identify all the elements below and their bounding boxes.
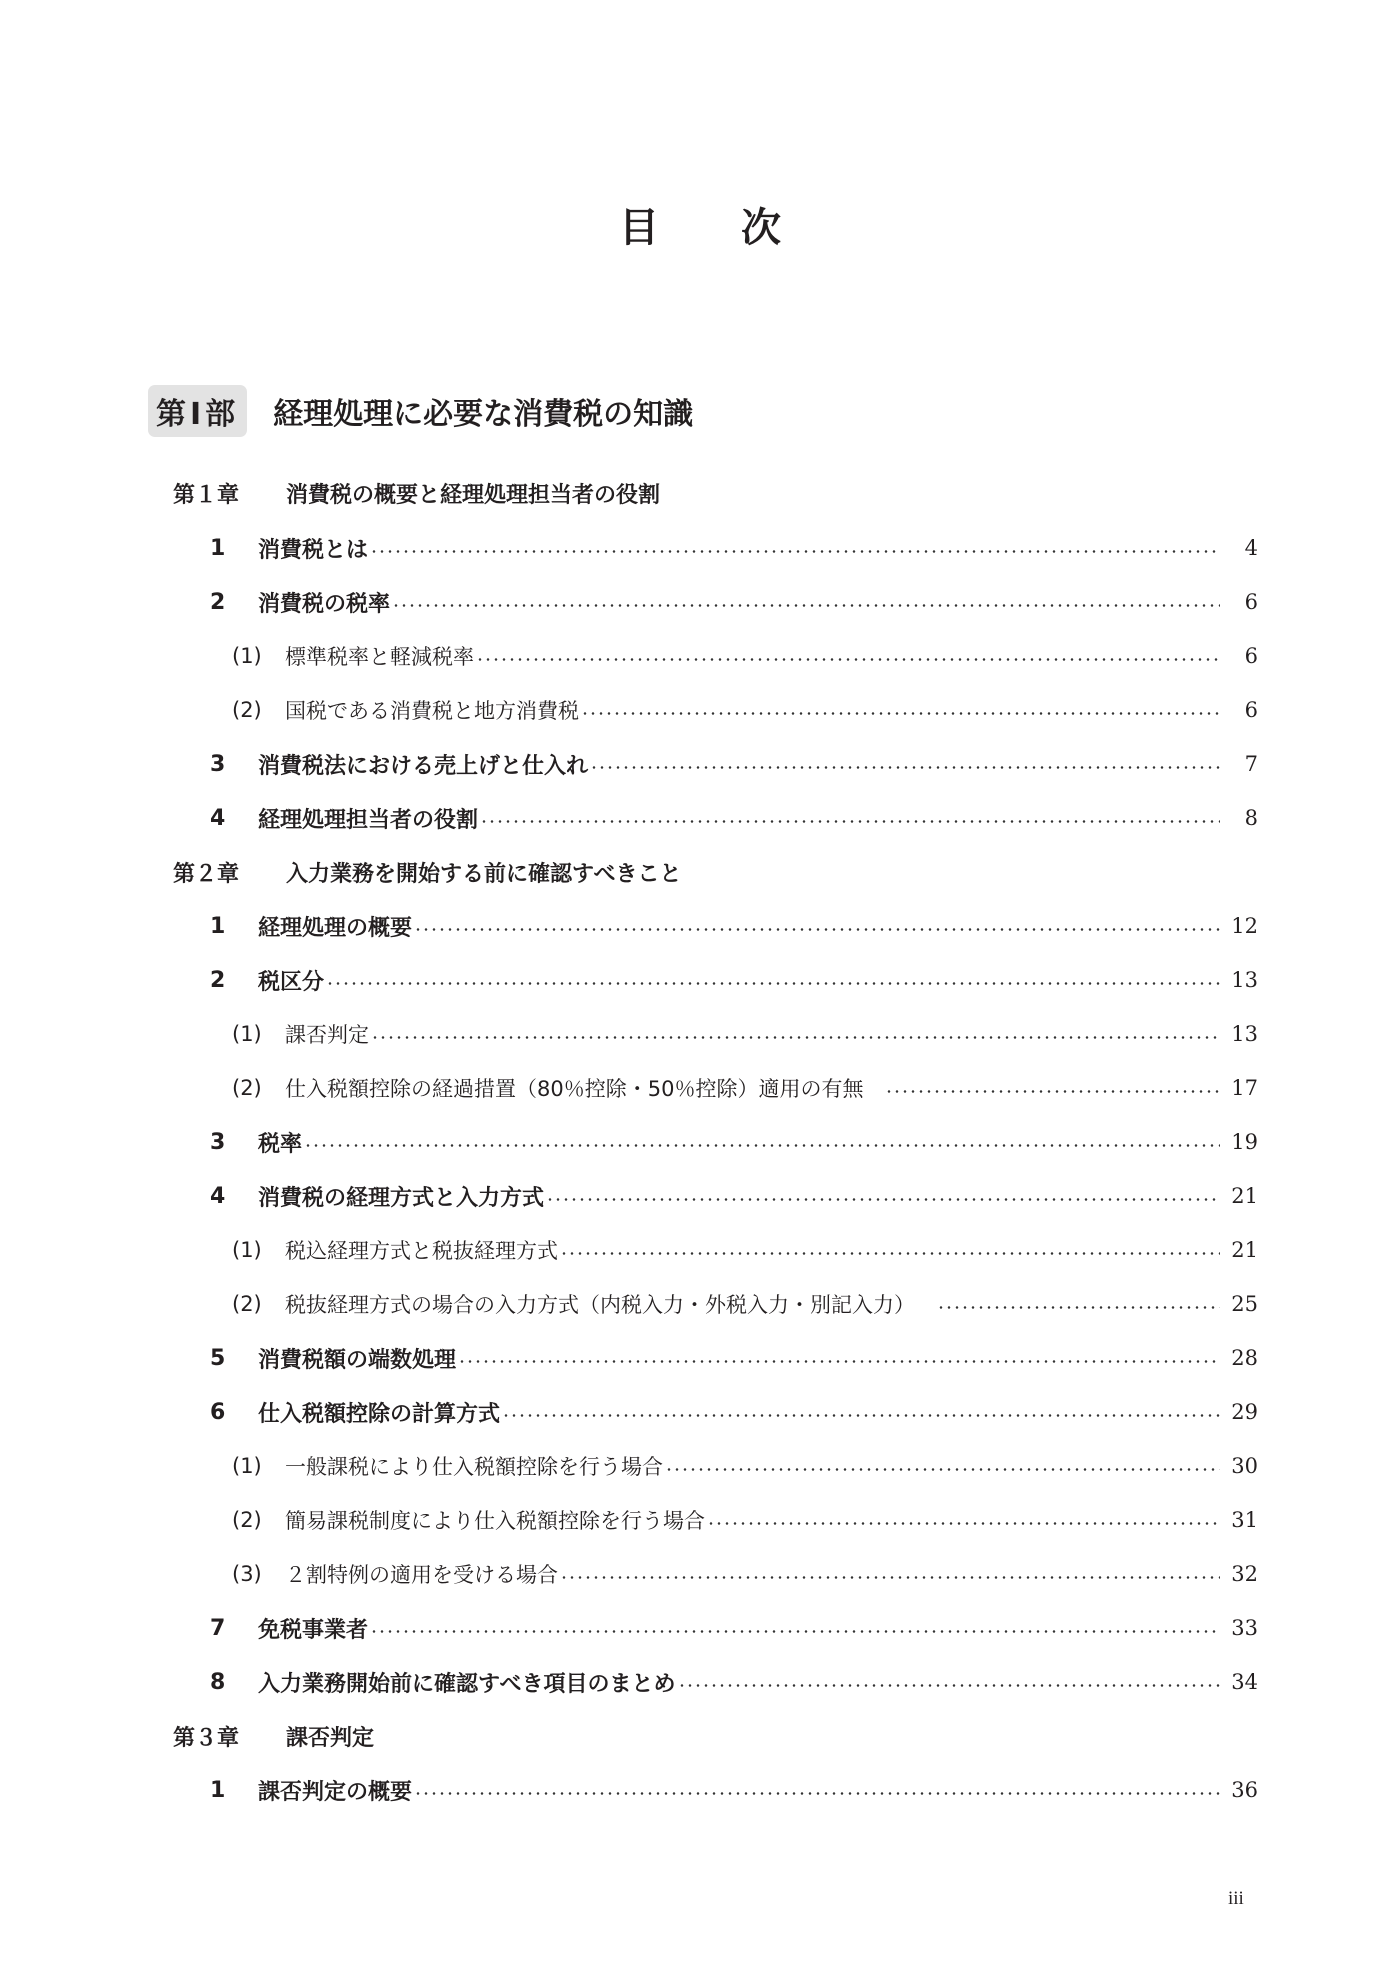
entry-number: 6 [210, 1400, 225, 1425]
toc-section-entry[interactable]: 2税区分13 [0, 960, 1400, 1000]
entry-page-number: 6 [1245, 644, 1258, 668]
toc-section-entry[interactable]: 1課否判定の概要36 [0, 1770, 1400, 1810]
dot-leader [937, 1306, 1220, 1309]
dot-leader [560, 1252, 1220, 1255]
entry-title: 税区分 [258, 965, 324, 996]
dot-leader [707, 1522, 1220, 1525]
toc-section-entry[interactable]: 5消費税額の端数処理28 [0, 1338, 1400, 1378]
entry-page-number: 36 [1231, 1778, 1258, 1802]
entry-number: 2 [210, 968, 225, 993]
entry-page-number: 33 [1231, 1616, 1258, 1640]
dot-leader [678, 1684, 1220, 1687]
chapter-title: 課否判定 [286, 1721, 374, 1752]
entry-number: 5 [210, 1346, 225, 1371]
dot-leader [546, 1198, 1220, 1201]
entry-title: 仕入税額控除の経過措置（80％控除・50％控除）適用の有無 [285, 1073, 863, 1103]
entry-title: 消費税の経理方式と入力方式 [258, 1181, 544, 1212]
toc-section-entry[interactable]: 6仕入税額控除の計算方式29 [0, 1392, 1400, 1432]
title-char-1: 目 [619, 196, 659, 253]
entry-title: 税率 [258, 1127, 302, 1158]
entry-title: 消費税とは [258, 533, 368, 564]
entry-page-number: 19 [1231, 1130, 1258, 1154]
toc-section-entry[interactable]: 4消費税の経理方式と入力方式21 [0, 1176, 1400, 1216]
dot-leader [480, 820, 1220, 823]
entry-page-number: 4 [1245, 536, 1258, 560]
dot-leader [665, 1468, 1220, 1471]
toc-subsection-entry[interactable]: (2)税抜経理方式の場合の入力方式（内税入力・外税入力・別記入力）25 [0, 1284, 1400, 1324]
toc-section-entry[interactable]: 7免税事業者33 [0, 1608, 1400, 1648]
chapter-title: 消費税の概要と経理処理担当者の役割 [286, 478, 660, 509]
dot-leader [590, 766, 1220, 769]
dot-leader [371, 1036, 1220, 1039]
dot-leader [502, 1414, 1220, 1417]
entry-number: 2 [210, 590, 225, 615]
entry-page-number: 21 [1231, 1238, 1258, 1262]
toc-subsection-entry[interactable]: (2)簡易課税制度により仕入税額控除を行う場合31 [0, 1500, 1400, 1540]
entry-title: 標準税率と軽減税率 [285, 641, 474, 671]
dot-leader [885, 1090, 1220, 1093]
entry-number: (2) [232, 1508, 262, 1532]
entry-title: ２割特例の適用を受ける場合 [285, 1559, 558, 1589]
entry-number: 4 [210, 806, 225, 831]
entry-number: (1) [232, 1454, 262, 1478]
toc-subsection-entry[interactable]: (2)仕入税額控除の経過措置（80％控除・50％控除）適用の有無17 [0, 1068, 1400, 1108]
entry-page-number: 6 [1245, 590, 1258, 614]
entry-number: (1) [232, 1238, 262, 1262]
dot-leader [414, 928, 1220, 931]
page-folio: iii [1228, 1888, 1244, 1910]
entry-number: (2) [232, 1076, 262, 1100]
entry-page-number: 30 [1231, 1454, 1258, 1478]
entry-page-number: 25 [1231, 1292, 1258, 1316]
entry-number: (2) [232, 698, 262, 722]
toc-subsection-entry[interactable]: (1)課否判定13 [0, 1014, 1400, 1054]
part-title: 経理処理に必要な消費税の知識 [273, 389, 693, 433]
toc-subsection-entry[interactable]: (1)標準税率と軽減税率6 [0, 636, 1400, 676]
entry-number: (1) [232, 1022, 262, 1046]
toc-section-entry[interactable]: 1消費税とは4 [0, 528, 1400, 568]
entry-number: 1 [210, 1778, 225, 1803]
entry-number: 4 [210, 1184, 225, 1209]
entry-page-number: 13 [1231, 968, 1258, 992]
entry-number: 7 [210, 1616, 225, 1641]
entry-title: 消費税の税率 [258, 587, 390, 618]
entry-page-number: 7 [1245, 752, 1258, 776]
entry-title: 消費税法における売上げと仕入れ [258, 749, 588, 780]
toc-section-entry[interactable]: 3消費税法における売上げと仕入れ7 [0, 744, 1400, 784]
dot-leader [392, 604, 1220, 607]
toc-chapter-heading[interactable]: 第３章課否判定 [0, 1716, 1400, 1756]
entry-page-number: 6 [1245, 698, 1258, 722]
toc-section-entry[interactable]: 3税率19 [0, 1122, 1400, 1162]
entry-number: 1 [210, 914, 225, 939]
dot-leader [370, 1630, 1220, 1633]
entry-number: 3 [210, 1130, 225, 1155]
entry-title: 経理処理担当者の役割 [258, 803, 478, 834]
toc-section-entry[interactable]: 4経理処理担当者の役割8 [0, 798, 1400, 838]
entry-title: 一般課税により仕入税額控除を行う場合 [285, 1451, 663, 1481]
toc-subsection-entry[interactable]: (1)税込経理方式と税抜経理方式21 [0, 1230, 1400, 1270]
entry-page-number: 31 [1231, 1508, 1258, 1532]
part-label-badge: 第Ⅰ部 [148, 385, 247, 437]
dot-leader [581, 712, 1220, 715]
toc-chapter-heading[interactable]: 第１章消費税の概要と経理処理担当者の役割 [0, 473, 1400, 513]
entry-page-number: 34 [1231, 1670, 1258, 1694]
entry-page-number: 29 [1231, 1400, 1258, 1424]
entry-page-number: 32 [1231, 1562, 1258, 1586]
entry-page-number: 17 [1231, 1076, 1258, 1100]
entry-page-number: 13 [1231, 1022, 1258, 1046]
entry-number: (1) [232, 644, 262, 668]
entry-title: 課否判定 [285, 1019, 369, 1049]
dot-leader [370, 550, 1220, 553]
toc-subsection-entry[interactable]: (3)２割特例の適用を受ける場合32 [0, 1554, 1400, 1594]
chapter-title: 入力業務を開始する前に確認すべきこと [286, 857, 682, 888]
entry-page-number: 21 [1231, 1184, 1258, 1208]
entry-title: 消費税額の端数処理 [258, 1343, 456, 1374]
entry-title: 課否判定の概要 [258, 1775, 412, 1806]
entry-title: 税抜経理方式の場合の入力方式（内税入力・外税入力・別記入力） [285, 1289, 915, 1319]
dot-leader [560, 1576, 1220, 1579]
dot-leader [458, 1360, 1220, 1363]
dot-leader [414, 1792, 1220, 1795]
toc-section-entry[interactable]: 2消費税の税率6 [0, 582, 1400, 622]
toc-subsection-entry[interactable]: (2)国税である消費税と地方消費税6 [0, 690, 1400, 730]
entry-title: 免税事業者 [258, 1613, 368, 1644]
dot-leader [304, 1144, 1220, 1147]
toc-chapter-heading[interactable]: 第２章入力業務を開始する前に確認すべきこと [0, 852, 1400, 892]
entry-title: 国税である消費税と地方消費税 [285, 695, 579, 725]
toc-section-entry[interactable]: 8入力業務開始前に確認すべき項目のまとめ34 [0, 1662, 1400, 1702]
chapter-number: 第１章 [173, 478, 239, 509]
entry-number: (3) [232, 1562, 262, 1586]
entry-title: 税込経理方式と税抜経理方式 [285, 1235, 558, 1265]
toc-section-entry[interactable]: 1経理処理の概要12 [0, 906, 1400, 946]
entry-number: 1 [210, 536, 225, 561]
entry-page-number: 28 [1231, 1346, 1258, 1370]
entry-title: 仕入税額控除の計算方式 [258, 1397, 500, 1428]
toc-subsection-entry[interactable]: (1)一般課税により仕入税額控除を行う場合30 [0, 1446, 1400, 1486]
page-title: 目次 [0, 196, 1400, 253]
part-heading[interactable]: 第Ⅰ部 経理処理に必要な消費税の知識 [148, 385, 693, 437]
entry-title: 入力業務開始前に確認すべき項目のまとめ [258, 1667, 676, 1698]
title-char-2: 次 [741, 196, 781, 253]
entry-number: 3 [210, 752, 225, 777]
dot-leader [326, 982, 1220, 985]
entry-page-number: 12 [1231, 914, 1258, 938]
chapter-number: 第２章 [173, 857, 239, 888]
chapter-number: 第３章 [173, 1721, 239, 1752]
entry-title: 経理処理の概要 [258, 911, 412, 942]
entry-number: 8 [210, 1670, 225, 1695]
entry-number: (2) [232, 1292, 262, 1316]
entry-page-number: 8 [1245, 806, 1258, 830]
entry-title: 簡易課税制度により仕入税額控除を行う場合 [285, 1505, 705, 1535]
dot-leader [476, 658, 1220, 661]
